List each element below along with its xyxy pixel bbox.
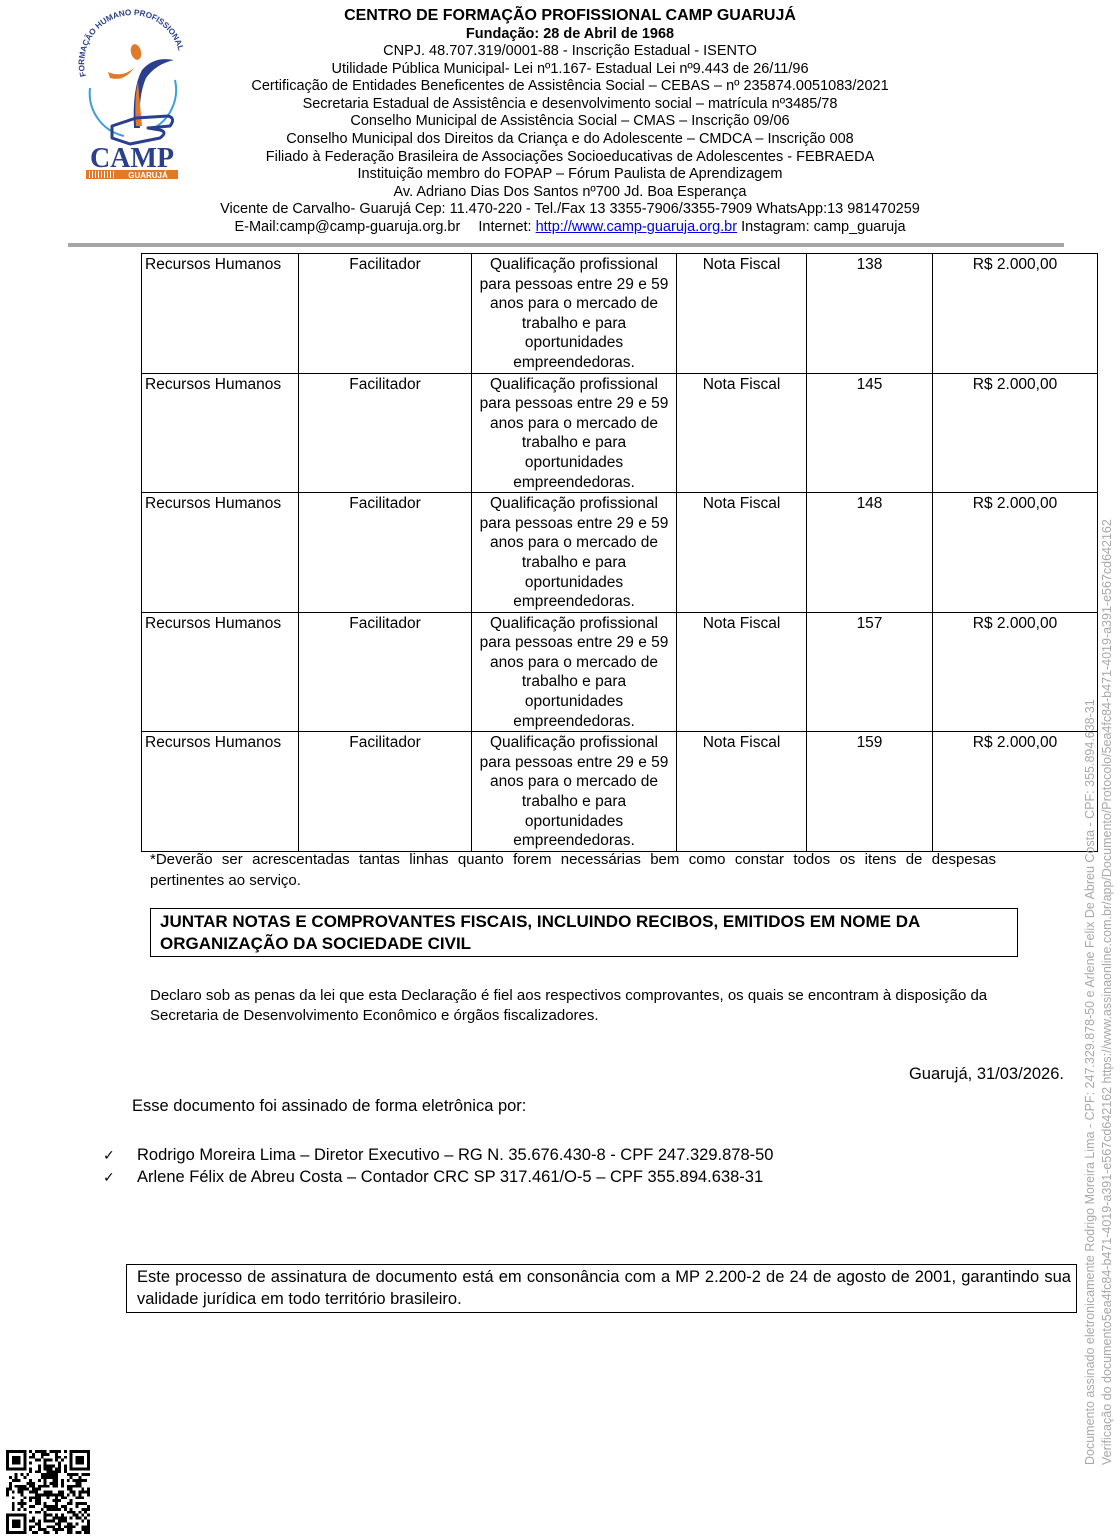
cell-description: Qualificação profissional para pessoas e… — [472, 732, 677, 852]
expense-table: Recursos Humanos Facilitador Qualificaçã… — [141, 253, 1098, 852]
email-text: E-Mail:camp@camp-guaruja.org.br — [234, 219, 460, 235]
cell-description: Qualificação profissional para pessoas e… — [472, 254, 677, 374]
cell-role: Facilitador — [299, 612, 472, 732]
cell-category: Recursos Humanos — [142, 612, 299, 732]
header-line: CNPJ. 48.707.319/0001-88 - Inscrição Est… — [190, 43, 950, 61]
notice-box: JUNTAR NOTAS E COMPROVANTES FISCAIS, INC… — [150, 908, 1018, 957]
cell-role: Facilitador — [299, 493, 472, 613]
cell-value: R$ 2.000,00 — [933, 493, 1098, 613]
header-line: Filiado à Federação Brasileira de Associ… — [190, 149, 950, 167]
logo-name: CAMP — [90, 143, 174, 174]
cell-value: R$ 2.000,00 — [933, 373, 1098, 493]
cell-description: Qualificação profissional para pessoas e… — [472, 373, 677, 493]
cell-category: Recursos Humanos — [142, 373, 299, 493]
header-line: Certificação de Entidades Beneficentes d… — [190, 78, 950, 96]
cell-document-number: 138 — [807, 254, 933, 374]
header-line: Conselho Municipal dos Direitos da Crian… — [190, 131, 950, 149]
header-line: Instituição membro do FOPAP – Fórum Paul… — [190, 166, 950, 184]
cell-document-number: 148 — [807, 493, 933, 613]
table-row: Recursos Humanos Facilitador Qualificaçã… — [142, 612, 1098, 732]
website-link[interactable]: http://www.camp-guaruja.org.br — [536, 219, 737, 235]
table-footnote: *Deverão ser acrescentadas tantas linhas… — [150, 850, 996, 891]
signer-text: Rodrigo Moreira Lima – Diretor Executivo… — [137, 1146, 773, 1164]
place-date: Guarujá, 31/03/2026. — [909, 1065, 1064, 1084]
header-line: Utilidade Pública Municipal- Lei nº1.167… — [190, 61, 950, 79]
cell-role: Facilitador — [299, 373, 472, 493]
declaration-text: Declaro sob as penas da lei que esta Dec… — [150, 986, 1030, 1025]
cell-role: Facilitador — [299, 254, 472, 374]
cell-document-number: 159 — [807, 732, 933, 852]
cell-category: Recursos Humanos — [142, 254, 299, 374]
cell-value: R$ 2.000,00 — [933, 612, 1098, 732]
signer-list: ✓Rodrigo Moreira Lima – Diretor Executiv… — [103, 1145, 773, 1189]
header-divider — [68, 243, 1064, 247]
instagram-text: Instagram: camp_guaruja — [741, 219, 905, 235]
signer-item: ✓Rodrigo Moreira Lima – Diretor Executiv… — [103, 1145, 773, 1167]
cell-document-type: Nota Fiscal — [677, 732, 807, 852]
foundation-date: Fundação: 28 de Abril de 1968 — [190, 25, 950, 43]
signature-intro: Esse documento foi assinado de forma ele… — [132, 1097, 526, 1116]
cell-category: Recursos Humanos — [142, 493, 299, 613]
cell-document-type: Nota Fiscal — [677, 493, 807, 613]
checkmark-icon: ✓ — [103, 1146, 137, 1167]
table-row: Recursos Humanos Facilitador Qualificaçã… — [142, 732, 1098, 852]
header-line: Conselho Municipal de Assistência Social… — [190, 113, 950, 131]
camp-logo: FORMAÇÃO HUMANO PROFISSIONAL CAMP GUARUJ… — [72, 8, 192, 183]
organization-title: CENTRO DE FORMAÇÃO PROFISSIONAL CAMP GUA… — [190, 6, 950, 25]
cell-description: Qualificação profissional para pessoas e… — [472, 493, 677, 613]
header-line: Secretaria Estadual de Assistência e des… — [190, 96, 950, 114]
svg-text:FORMAÇÃO HUMANO PROFISSIONAL: FORMAÇÃO HUMANO PROFISSIONAL — [77, 8, 185, 78]
cell-description: Qualificação profissional para pessoas e… — [472, 612, 677, 732]
cell-document-number: 157 — [807, 612, 933, 732]
checkmark-icon: ✓ — [103, 1168, 137, 1189]
cell-value: R$ 2.000,00 — [933, 254, 1098, 374]
cell-document-type: Nota Fiscal — [677, 612, 807, 732]
cell-document-type: Nota Fiscal — [677, 254, 807, 374]
cell-category: Recursos Humanos — [142, 732, 299, 852]
logo-arc-text: FORMAÇÃO HUMANO PROFISSIONAL — [77, 8, 185, 78]
stamp-line-signers: Documento assinado eletronicamente Rodri… — [1082, 445, 1099, 1465]
table-row: Recursos Humanos Facilitador Qualificaçã… — [142, 254, 1098, 374]
internet-label: Internet: — [478, 219, 531, 235]
logo-city: GUARUJÁ — [128, 171, 168, 180]
cell-role: Facilitador — [299, 732, 472, 852]
header-line: Av. Adriano Dias Dos Santos nº700 Jd. Bo… — [190, 184, 950, 202]
signer-text: Arlene Félix de Abreu Costa – Contador C… — [137, 1168, 763, 1186]
cell-value: R$ 2.000,00 — [933, 732, 1098, 852]
signer-item: ✓Arlene Félix de Abreu Costa – Contador … — [103, 1167, 773, 1189]
table-row: Recursos Humanos Facilitador Qualificaçã… — [142, 373, 1098, 493]
legal-validity-box: Este processo de assinatura de documento… — [126, 1264, 1077, 1313]
verification-qr-code[interactable] — [6, 1450, 90, 1534]
contact-line: E-Mail:camp@camp-guaruja.org.br Internet… — [190, 219, 950, 237]
side-verification-stamp: Documento assinado eletronicamente Rodri… — [1082, 445, 1118, 1465]
stamp-line-verification[interactable]: Verificação do documento5ea4fc84-b471-40… — [1099, 445, 1116, 1465]
cell-document-number: 145 — [807, 373, 933, 493]
header-line: Vicente de Carvalho- Guarujá Cep: 11.470… — [190, 201, 950, 219]
letterhead: CENTRO DE FORMAÇÃO PROFISSIONAL CAMP GUA… — [190, 6, 950, 237]
cell-document-type: Nota Fiscal — [677, 373, 807, 493]
table-row: Recursos Humanos Facilitador Qualificaçã… — [142, 493, 1098, 613]
